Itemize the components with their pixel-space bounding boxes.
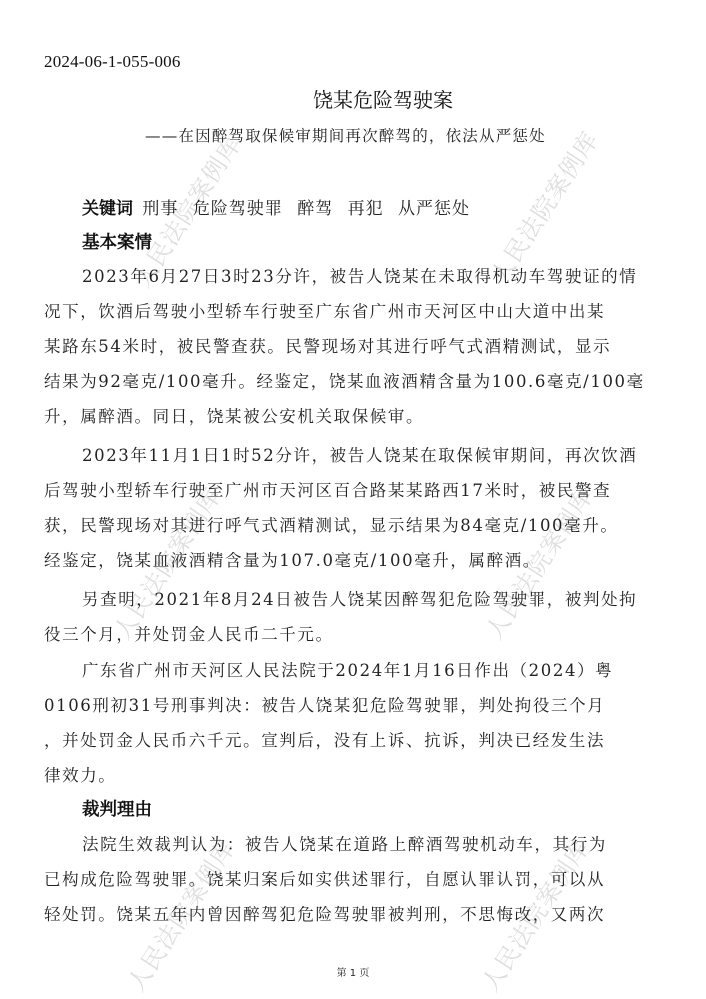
section-heading-basic-facts: 基本案情: [82, 229, 152, 254]
text-line: 0106刑初31号刑事判决：被告人饶某犯危险驾驶罪，判处拘役三个月: [44, 688, 658, 723]
paragraph-reasoning: 法院生效裁判认为：被告人饶某在道路上醉酒驾驶机动车，其行为 已构成危险驾驶罪。饶…: [44, 827, 658, 932]
text-line: 2023年11月1日1时52分许，被告人饶某在取保候审期间，再次饮酒: [44, 438, 658, 473]
text-line: 某路东54米时，被民警查获。民警现场对其进行呼气式酒精测试，显示: [44, 329, 658, 364]
text-line: 况下，饮酒后驾驶小型轿车行驶至广东省广州市天河区中山大道中出某: [44, 294, 658, 329]
text-line: 律效力。: [44, 758, 658, 793]
paragraph-judgment: 广东省广州市天河区人民法院于2024年1月16日作出（2024）粤 0106刑初…: [44, 653, 658, 793]
paragraph-facts-1: 2023年6月27日3时23分许，被告人饶某在未取得机动车驾驶证的情 况下，饮酒…: [44, 259, 658, 434]
case-id: 2024-06-1-055-006: [44, 52, 181, 72]
text-line: 法院生效裁判认为：被告人饶某在道路上醉酒驾驶机动车，其行为: [44, 827, 658, 862]
text-line: 2023年6月27日3时23分许，被告人饶某在未取得机动车驾驶证的情: [44, 259, 658, 294]
text-line: 经鉴定，饶某血液酒精含量为107.0毫克/100毫升，属醉酒。: [44, 543, 658, 578]
keyword: 刑事: [142, 199, 178, 219]
keyword: 从严惩处: [398, 199, 470, 219]
keyword: 醉驾: [297, 199, 333, 219]
keyword: 危险驾驶罪: [193, 199, 283, 219]
page-number: 第 1 页: [0, 964, 706, 979]
keyword: 再犯: [348, 199, 384, 219]
document-page: 人民法院案例库 人民法院案例库 人民法院案例库 人民法院案例库 人民法院案例库 …: [0, 0, 706, 999]
text-line: 另查明，2021年8月24日被告人饶某因醉驾犯危险驾驶罪，被判处拘: [44, 582, 658, 617]
keywords-label: 关键词: [82, 199, 133, 219]
text-line: 升，属醉酒。同日，饶某被公安机关取保候审。: [44, 399, 658, 434]
text-line: 后驾驶小型轿车行驶至广州市天河区百合路某某路西17米时，被民警查: [44, 473, 658, 508]
text-line: 役三个月，并处罚金人民币二千元。: [44, 617, 658, 652]
document-subtitle: ——在因醉驾取保候审期间再次醉驾的，依法从严惩处: [145, 124, 546, 146]
text-line: 获，民警现场对其进行呼气式酒精测试，显示结果为84毫克/100毫升。: [44, 508, 658, 543]
text-line: 结果为92毫克/100毫升。经鉴定，饶某血液酒精含量为100.6毫克/100毫: [44, 364, 658, 399]
text-line: 轻处罚。饶某五年内曾因醉驾犯危险驾驶罪被判刑，不思悔改，又两次: [44, 897, 658, 932]
text-line: 已构成危险驾驶罪。饶某归案后如实供述罪行，自愿认罪认罚，可以从: [44, 862, 658, 897]
document-title: 饶某危险驾驶案: [0, 84, 706, 113]
paragraph-facts-2: 2023年11月1日1时52分许，被告人饶某在取保候审期间，再次饮酒 后驾驶小型…: [44, 438, 658, 578]
section-heading-reasoning: 裁判理由: [82, 796, 152, 821]
keywords-line: 关键词 刑事 危险驾驶罪 醉驾 再犯 从严惩处: [82, 194, 479, 219]
text-line: ，并处罚金人民币六千元。宣判后，没有上诉、抗诉，判决已经发生法: [44, 723, 658, 758]
text-line: 广东省广州市天河区人民法院于2024年1月16日作出（2024）粤: [44, 653, 658, 688]
paragraph-facts-3: 另查明，2021年8月24日被告人饶某因醉驾犯危险驾驶罪，被判处拘 役三个月，并…: [44, 582, 658, 652]
